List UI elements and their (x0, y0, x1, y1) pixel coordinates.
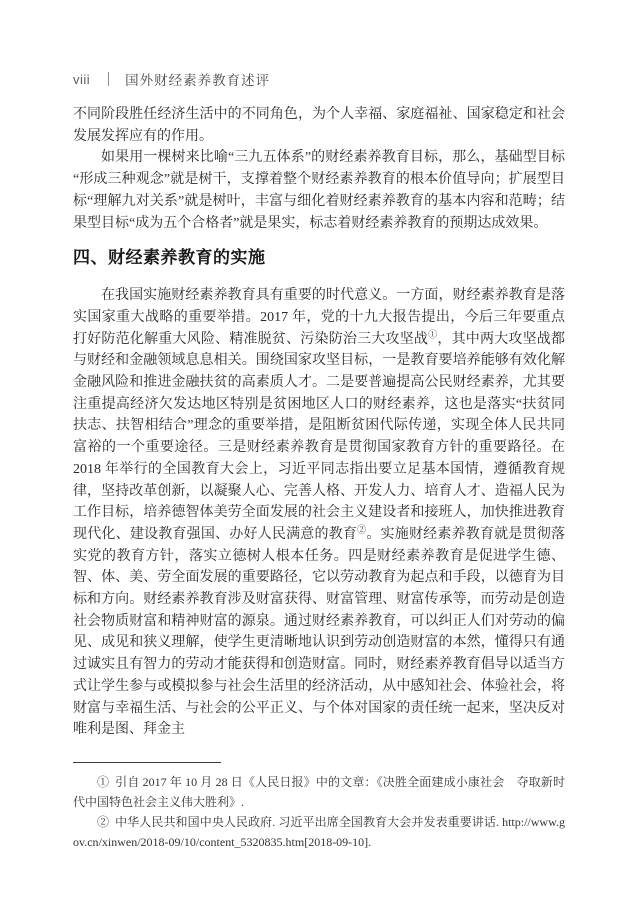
footnotes-section: ①引自 2017 年 10 月 28 日《人民日报》中的文章：《决胜全面建成小康… (73, 762, 565, 852)
header-divider (108, 72, 109, 86)
footnote-marker-1: ① (97, 775, 109, 789)
page-body: 不同阶段胜任经济生活中的不同角色，为个人幸福、家庭福祉、国家稳定和社会发展发挥应… (73, 104, 565, 741)
footnote-text-2: 中华人民共和国中央人民政府. 习近平出席全国教育大会并发表重要讲话. http:… (73, 815, 565, 849)
footnote-text-1: 引自 2017 年 10 月 28 日《人民日报》中的文章：《决胜全面建成小康社… (73, 775, 565, 809)
footnote-ref-1: ① (428, 329, 437, 339)
page-number: viii (73, 72, 90, 87)
footnote-1: ①引自 2017 年 10 月 28 日《人民日报》中的文章：《决胜全面建成小康… (73, 772, 565, 812)
footnote-ref-2: ② (357, 524, 366, 534)
footnote-marker-2: ② (97, 815, 109, 829)
section-heading: 四、财经素养教育的实施 (73, 245, 565, 271)
footnote-separator (73, 762, 221, 763)
book-page: viii 国外财经素养教育述评 不同阶段胜任经济生活中的不同角色，为个人幸福、家… (0, 0, 638, 902)
page-header: viii 国外财经素养教育述评 (73, 70, 565, 88)
running-title: 国外财经素养教育述评 (125, 69, 270, 89)
paragraph-text: ，其中两大攻坚战都与财经和金融领域息息相关。围绕国家攻坚目标，一是教育要培养能够… (73, 332, 565, 542)
footnote-2: ②中华人民共和国中央人民政府. 习近平出席全国教育大会并发表重要讲话. http… (73, 812, 565, 852)
paragraph-implementation: 在我国实施财经素养教育具有重要的时代意义。一方面，财经素养教育是落实国家重大战略… (73, 285, 565, 741)
paragraph-text: 。实施财经素养教育就是贯彻落实党的教育方针，落实立德树人根本任务。四是财经素养教… (73, 527, 565, 737)
paragraph-continuation: 不同阶段胜任经济生活中的不同角色，为个人幸福、家庭福祉、国家稳定和社会发展发挥应… (73, 104, 565, 147)
paragraph-tree-metaphor: 如果用一棵树来比喻“三九五体系”的财经素养教育目标，那么，基础型目标“形成三种观… (73, 147, 565, 234)
